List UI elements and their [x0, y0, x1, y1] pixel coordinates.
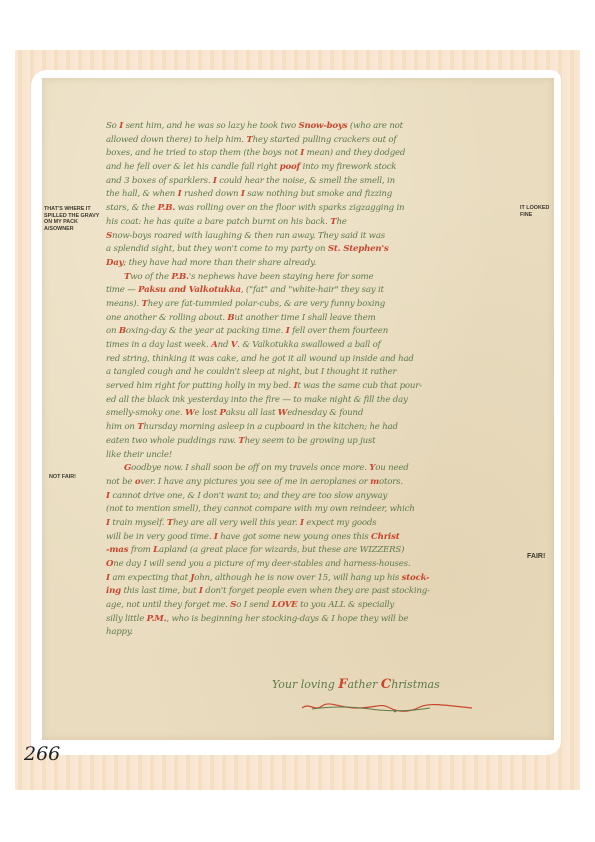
green-text: his coat: he has quite a bare patch burn…: [106, 217, 330, 227]
green-text: wo of the: [130, 272, 171, 282]
red-text: St. Stephen's: [328, 244, 389, 254]
green-text: fell over them fourteen: [290, 326, 389, 336]
letter-line: allowed down there) to help him. They st…: [106, 134, 518, 148]
letter-line: not be over. I have any pictures you see…: [106, 476, 518, 490]
green-text: have got some new young ones this: [218, 532, 371, 542]
red-text: P.B.: [171, 272, 189, 282]
green-text: him on: [106, 422, 137, 432]
green-text: apland (a great place for wizards, but t…: [159, 545, 404, 555]
green-text: o I send: [236, 600, 272, 610]
margin-note-left-top: That's where it spilled the gravy on my …: [44, 206, 104, 232]
red-text: P.B.: [158, 203, 176, 213]
letter-line: smelly-smoky one. We lost Paksu all last…: [106, 407, 518, 421]
signature-part: C: [381, 677, 391, 692]
letter-line: Goodbye now. I shall soon be off on my t…: [106, 462, 518, 476]
green-text: was rolling over on the floor with spark…: [175, 203, 404, 213]
letter-line: red string, thinking it was cake, and he…: [106, 353, 518, 367]
green-text: hey are all very well this year.: [173, 518, 300, 528]
green-text: cannot drive one, & I don't want to; and…: [110, 491, 387, 501]
signature: Your loving Father Christmas: [272, 677, 440, 692]
green-text: and he fell over & let his candle fall r…: [106, 162, 280, 172]
letter-line: times in a day last week. And V. & Valko…: [106, 339, 518, 353]
green-text: hursday morning asleep in a cupboard in …: [143, 422, 397, 432]
green-text: not be: [106, 477, 135, 487]
letter-line: -mas from Lapland (a great place for wiz…: [106, 544, 518, 558]
green-text: oxing-day & the year at packing time.: [126, 326, 286, 336]
green-text: could hear the noise, & smell the smell,…: [217, 176, 395, 186]
letter-line: happy.: [106, 626, 518, 640]
green-text: mean) and they dodged: [304, 148, 405, 158]
green-text: (who are not: [347, 121, 403, 131]
letter-line: eaten two whole puddings raw. They seem …: [106, 435, 518, 449]
green-text: to you ALL & specially: [298, 600, 395, 610]
green-text: served him right for putting holly in my…: [106, 381, 294, 391]
green-text: 's nephews have been staying here for so…: [189, 272, 374, 282]
letter-line: silly little P.M., who is beginning her …: [106, 613, 518, 627]
green-text: now-boys roared with laughing & then ran…: [112, 231, 385, 241]
green-text: a splendid sight, but they won't come to…: [106, 244, 328, 254]
red-text: P.M.: [147, 614, 167, 624]
signature-part: hristmas: [391, 678, 440, 691]
letter-line: and 3 boxes of sparklers. I could hear t…: [106, 175, 518, 189]
letter-line: age, not until they forget me. So I send…: [106, 599, 518, 613]
green-text: the hall, & when: [106, 189, 178, 199]
red-text: W: [278, 408, 287, 418]
green-text: happy.: [106, 627, 133, 637]
green-text: ut another time I shall leave them: [234, 313, 375, 323]
letter-line: him on Thursday morning asleep in a cupb…: [106, 421, 518, 435]
green-text: silly little: [106, 614, 147, 624]
green-text: will be in very good time.: [106, 532, 214, 542]
letter-line: (not to mention smell), they cannot comp…: [106, 503, 518, 517]
letter-line: and he fell over & let his candle fall r…: [106, 161, 518, 175]
signature-flourish: [300, 700, 475, 714]
signature-part: ather: [348, 678, 381, 691]
green-text: ed all the black ink yesterday into the …: [106, 395, 408, 405]
green-text: on: [106, 326, 119, 336]
green-text: red string, thinking it was cake, and he…: [106, 354, 414, 364]
green-text: oodbye now. I shall soon be off on my tr…: [131, 463, 369, 473]
green-text: one another & rolling about.: [106, 313, 227, 323]
green-text: age, not until they forget me.: [106, 600, 230, 610]
red-text: Snow-boys: [298, 121, 347, 131]
green-text: eaten two whole puddings raw.: [106, 436, 238, 446]
green-text: aksu all last: [226, 408, 278, 418]
red-text: m: [370, 477, 379, 487]
letter-line: on Boxing-day & the year at packing time…: [106, 325, 518, 339]
margin-note-right-bottom: Fair!: [527, 554, 545, 561]
letter-line: Snow-boys roared with laughing & then ra…: [106, 230, 518, 244]
green-text: ohn, although he is now over 15, will ha…: [194, 573, 401, 583]
green-text: hey started pulling crackers out of: [253, 135, 397, 145]
green-text: t was the same cub that pour-: [297, 381, 421, 391]
letter-body: So I sent him, and he was so lazy he too…: [106, 120, 518, 640]
green-text: times in a day last week.: [106, 340, 211, 350]
green-text: hey are fat-tummied polar-cubs, & are ve…: [148, 299, 385, 309]
green-text: time —: [106, 285, 138, 295]
red-text: ing: [106, 586, 121, 596]
green-text: ver. I have any pictures you see of me i…: [140, 477, 370, 487]
green-text: ou need: [375, 463, 408, 473]
letter-line: Two of the P.B.'s nephews have been stay…: [106, 271, 518, 285]
letter-line: I train myself. They are all very well t…: [106, 517, 518, 531]
letter-line: I cannot drive one, & I don't want to; a…: [106, 490, 518, 504]
red-text: Christ: [371, 532, 400, 542]
letter-line: boxes, and he tried to stop them (the bo…: [106, 147, 518, 161]
letter-line: will be in very good time. I have got so…: [106, 531, 518, 545]
letter-line: ing this last time, but I don't forget p…: [106, 585, 518, 599]
green-text: ; they have had more than their share al…: [123, 258, 316, 268]
green-text: boxes, and he tried to stop them (the bo…: [106, 148, 300, 158]
letter-line: ed all the black ink yesterday into the …: [106, 394, 518, 408]
green-text: expect my goods: [304, 518, 377, 528]
green-text: So: [106, 121, 119, 131]
green-text: e lost: [195, 408, 220, 418]
green-text: smelly-smoky one.: [106, 408, 185, 418]
letter-line: means). They are fat-tummied polar-cubs,…: [106, 298, 518, 312]
green-text: , ("fat" and "white-hair" they say it: [241, 285, 384, 295]
red-text: poof: [280, 162, 300, 172]
green-text: don't forget people even when they are p…: [203, 586, 430, 596]
margin-note-left-mid: Not fair!: [49, 474, 104, 481]
letter-line: the hall, & when I rushed down I saw not…: [106, 188, 518, 202]
green-text: this last time, but: [121, 586, 199, 596]
green-text: train myself.: [110, 518, 167, 528]
green-text: ednesday & found: [287, 408, 363, 418]
green-text: (not to mention smell), they cannot comp…: [106, 504, 415, 514]
red-text: B: [119, 326, 126, 336]
red-text: LOVE: [272, 600, 298, 610]
red-text: -mas: [106, 545, 128, 555]
page-number: 266: [24, 743, 60, 765]
signature-part: F: [338, 677, 347, 692]
green-text: , who is beginning her stocking-days & I…: [166, 614, 408, 624]
green-text: rushed down: [181, 189, 240, 199]
green-text: otors.: [379, 477, 403, 487]
letter-line: time — Paksu and Valkotukka, ("fat" and …: [106, 284, 518, 298]
green-text: like their uncle!: [106, 450, 172, 460]
green-text: am expecting that: [110, 573, 191, 583]
green-text: stars, & the: [106, 203, 158, 213]
letter-line: Day; they have had more than their share…: [106, 257, 518, 271]
green-text: allowed down there) to help him.: [106, 135, 246, 145]
green-text: he: [336, 217, 346, 227]
red-text: W: [185, 408, 194, 418]
letter-line: I am expecting that John, although he is…: [106, 572, 518, 586]
margin-note-right-top: It looked fine: [520, 205, 556, 218]
green-text: . & Valkotukka swallowed a ball of: [237, 340, 380, 350]
letter-line: a splendid sight, but they won't come to…: [106, 243, 518, 257]
green-text: ne day I will send you a picture of my d…: [113, 559, 410, 569]
letter-line: one another & rolling about. But another…: [106, 312, 518, 326]
letter-line: his coat: he has quite a bare patch burn…: [106, 216, 518, 230]
red-text: Day: [106, 258, 123, 268]
green-text: nd: [218, 340, 231, 350]
signature-part: Your loving: [272, 678, 338, 691]
green-text: sent him, and he was so lazy he took two: [123, 121, 298, 131]
green-text: and 3 boxes of sparklers.: [106, 176, 213, 186]
green-text: hey seem to be growing up just: [245, 436, 376, 446]
letter-line: stars, & the P.B. was rolling over on th…: [106, 202, 518, 216]
red-text: Paksu and Valkotukka: [138, 285, 241, 295]
letter-line: served him right for putting holly in my…: [106, 380, 518, 394]
green-text: means).: [106, 299, 142, 309]
letter-line: like their uncle!: [106, 449, 518, 463]
green-text: from: [128, 545, 153, 555]
green-text: saw nothing but smoke and fizzing: [245, 189, 392, 199]
green-text: a tangled cough and he couldn't sleep at…: [106, 367, 396, 377]
letter-line: a tangled cough and he couldn't sleep at…: [106, 366, 518, 380]
letter-line: So I sent him, and he was so lazy he too…: [106, 120, 518, 134]
red-text: stock-: [402, 573, 430, 583]
letter-line: One day I will send you a picture of my …: [106, 558, 518, 572]
green-text: into my firework stock: [300, 162, 396, 172]
